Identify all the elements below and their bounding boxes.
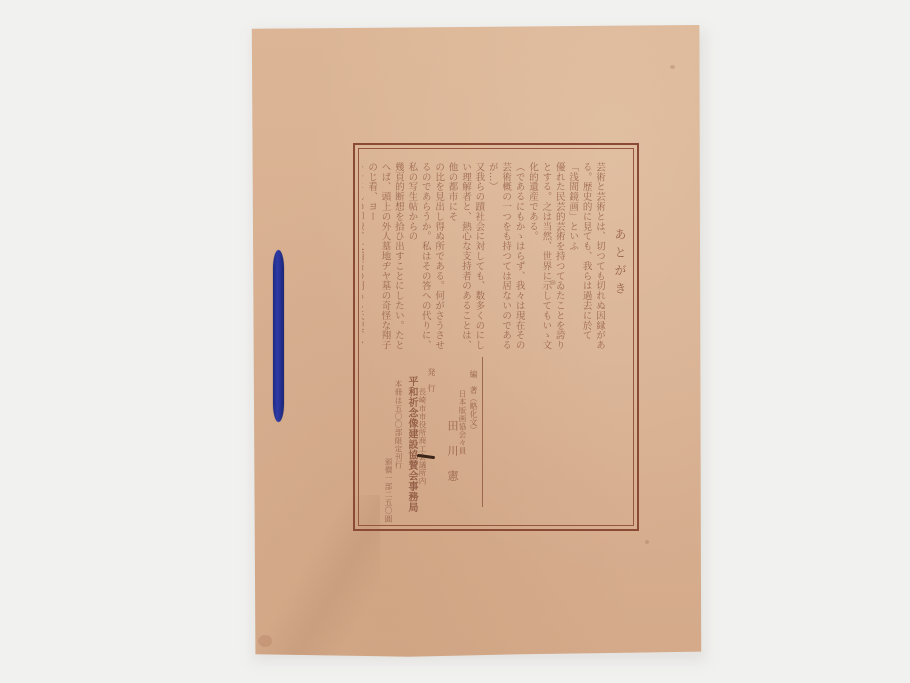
afterword-column: レンさんの御像、大浦石の朝ある天使、アチェ橋界の水兵だつた若いピエール、正首の家… <box>362 162 364 350</box>
colophon-divider <box>482 357 483 507</box>
edition-note: 本冊は五〇〇部限定刊行 <box>393 380 404 469</box>
afterword-column: 芸術と芸術とは、切つても切れぬ因縁がある。歴史的に見ても、我らは過去に於て「浅間… <box>567 162 605 350</box>
price: 頒價一部二五〇圓 <box>383 458 394 523</box>
stain <box>645 540 649 544</box>
afterword-column: 幾頁的断想を拾ひ出すことにしたい。たとへば、頭上の外人墓地ヂヤ墓の奇怪な翔子のじ… <box>366 162 404 350</box>
afterword-column: （であるにもかゝはらず、我々は現在その芸術概の一つをも持つては居ないのであるが…… <box>487 162 525 350</box>
author-label: 編 著（略化文） <box>468 370 479 434</box>
publisher-name: 平和祈念像建設協賛会事務局 <box>404 376 419 513</box>
afterword-column: 又我らの蹟社会に対しても、数多くのにしい理解者と、熱心な支持者のあることは、他の… <box>447 162 485 350</box>
afterword-body: 芸術と芸術とは、切つても切れぬ因縁がある。歴史的に見ても、我らは過去に於て「浅間… <box>362 162 606 352</box>
author-name: 田川憲 <box>444 420 460 495</box>
afterword-title: あとがき <box>612 228 629 300</box>
afterword-column: 優れた民芸的芸術を持つてゐたことを誇りとする。之は当然、世界に示してもいゝ文化的… <box>527 162 565 350</box>
stain <box>670 65 675 69</box>
stain <box>258 635 272 647</box>
blue-binding-thread <box>273 250 284 422</box>
afterword-column: の比を見出し得ぬ所である。何がさうさせるのであらうか。私はその答への代りに、私の… <box>406 162 444 350</box>
